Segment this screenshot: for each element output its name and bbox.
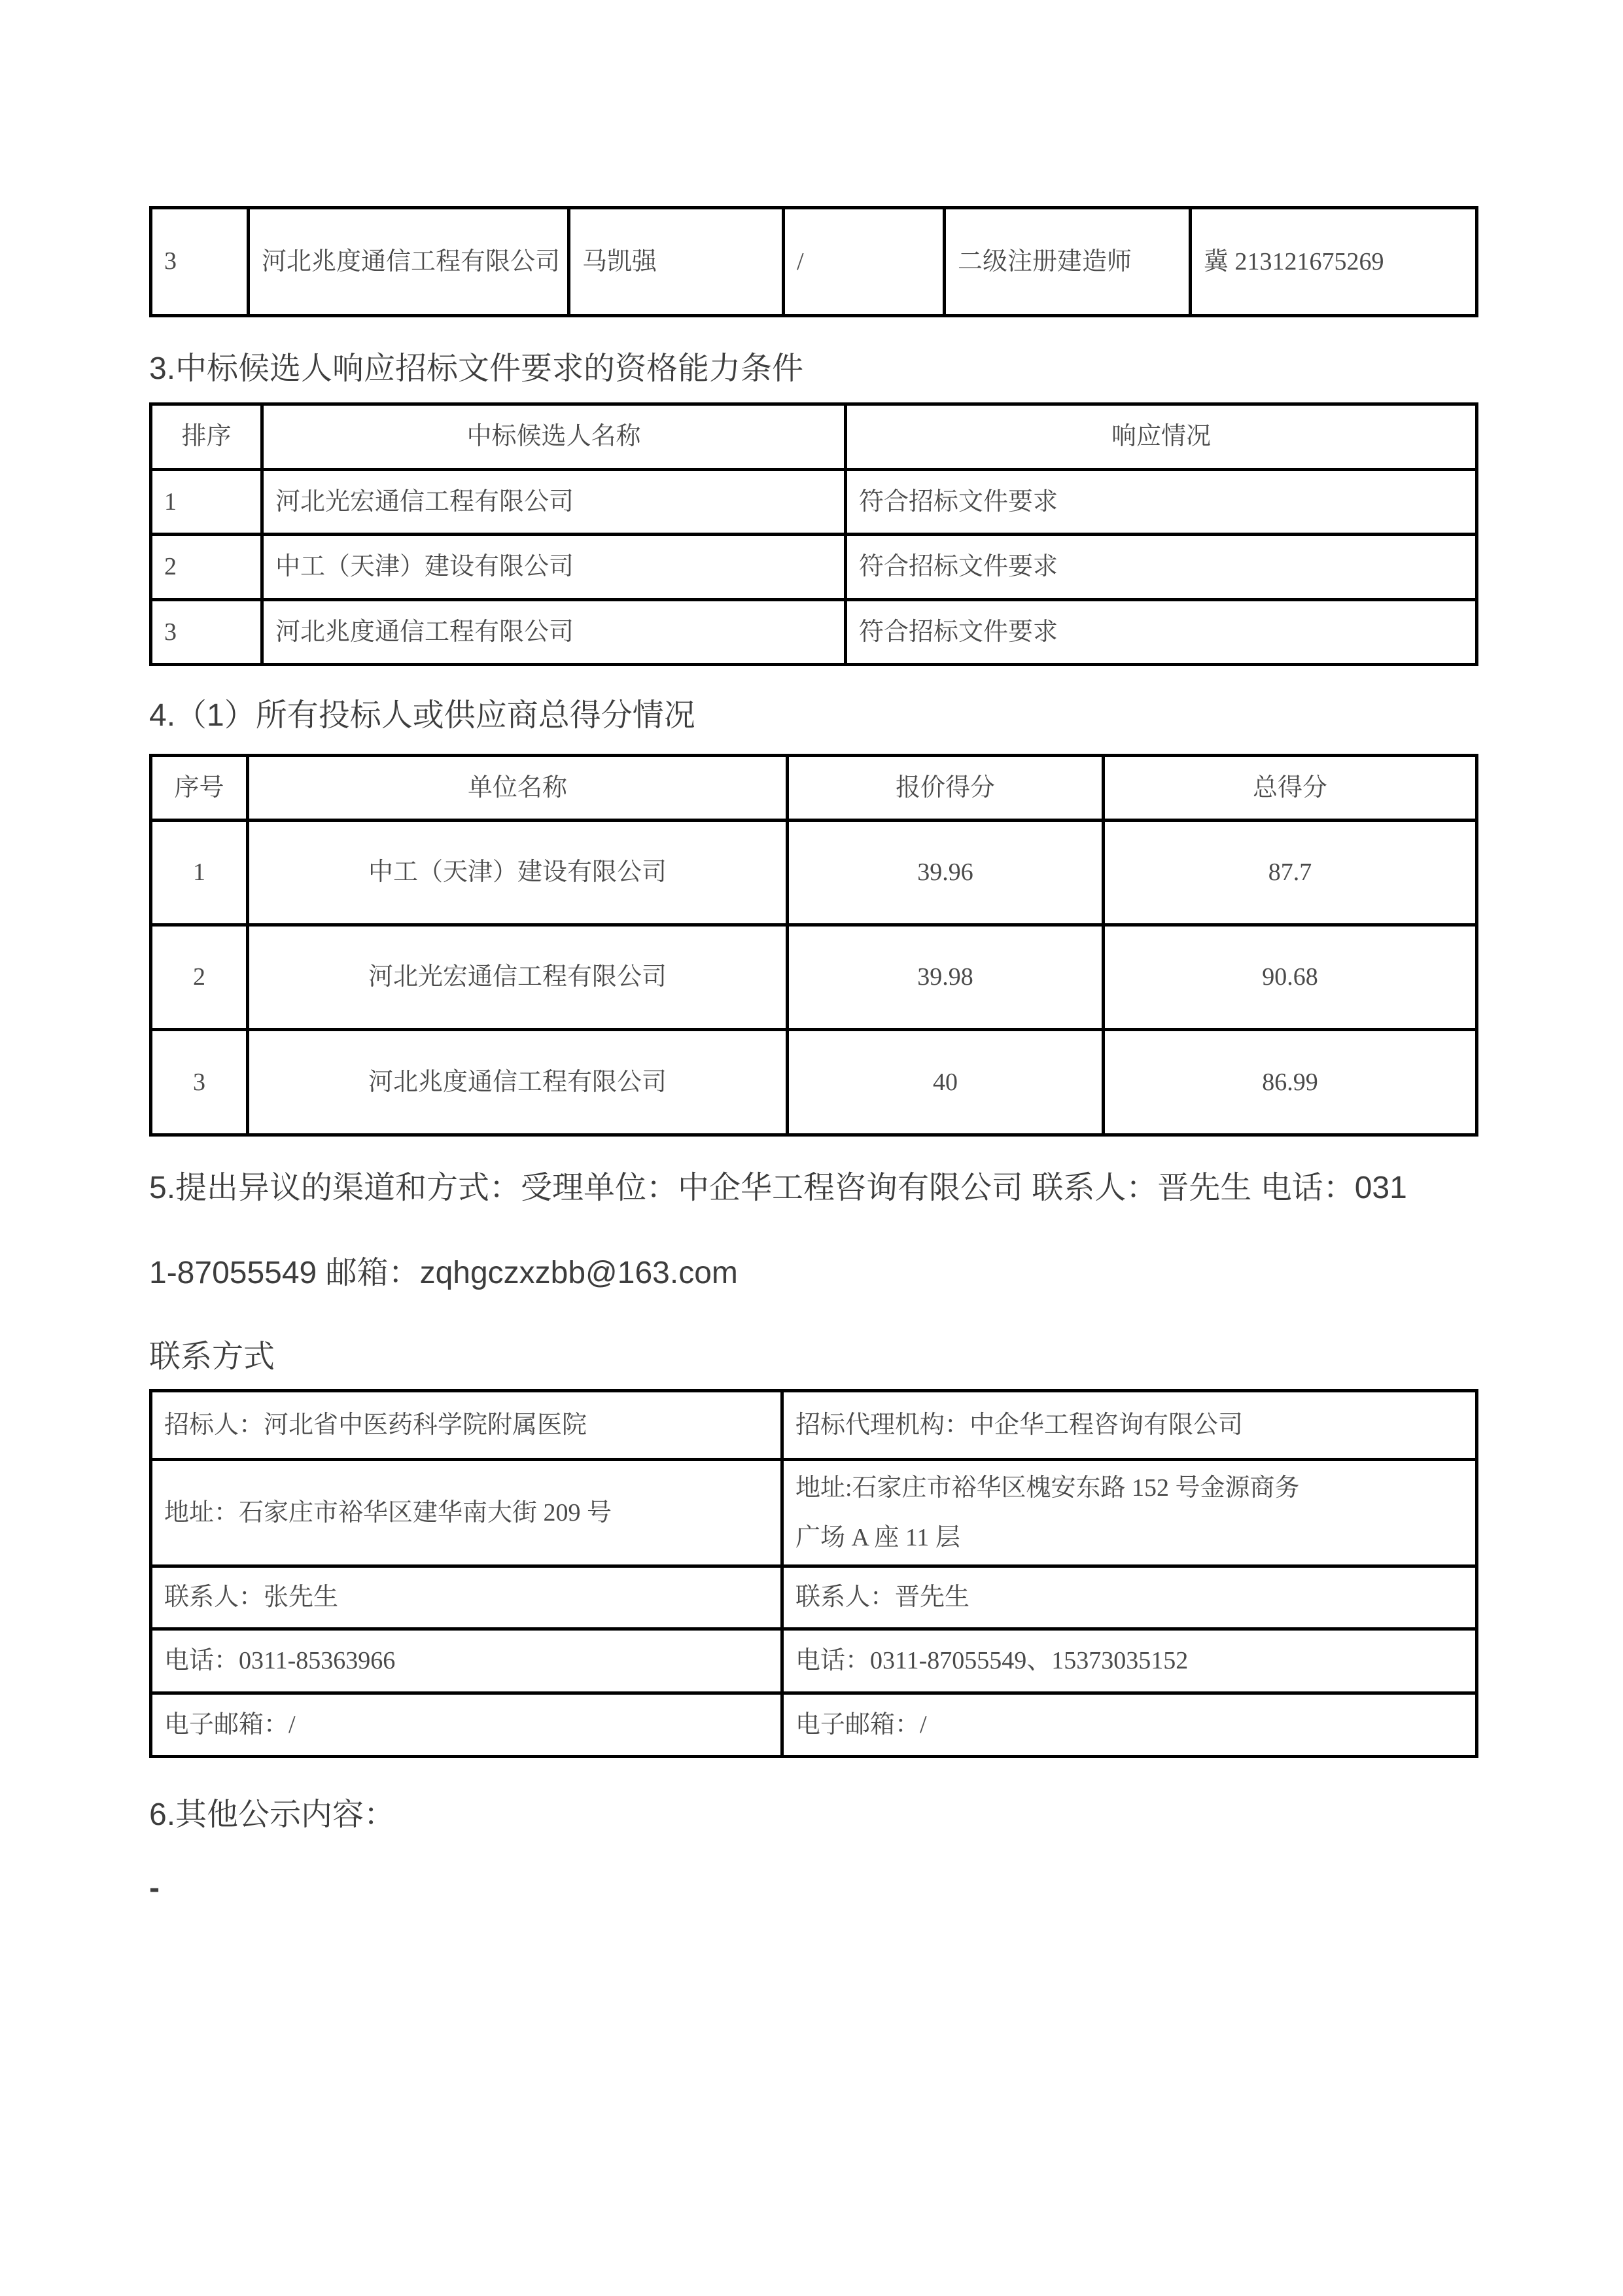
company-cell: 河北兆度通信工程有限公司 (249, 208, 569, 316)
rank-cell: 3 (151, 208, 249, 316)
qualification-cell: 二级注册建造师 (945, 208, 1191, 316)
response-cell: 符合招标文件要求 (846, 470, 1477, 535)
index-cell: 2 (151, 925, 248, 1030)
table-row: 1 中工（天津）建设有限公司 39.96 87.7 (151, 821, 1477, 925)
header-candidate-name: 中标候选人名称 (262, 404, 846, 470)
section3-title: 3.中标候选人响应招标文件要求的资格能力条件 (149, 343, 803, 388)
table-row: 电话：0311-85363966 电话：0311-87055549、153730… (151, 1629, 1477, 1693)
total-score-cell: 86.99 (1104, 1030, 1477, 1135)
agency-address-cell: 地址:石家庄市裕华区槐安东路 152 号金源商务 广场 A 座 11 层 (782, 1460, 1477, 1566)
agency-address-line1: 地址:石家庄市裕华区槐安东路 152 号金源商务 (795, 1463, 1475, 1513)
table-header-row: 序号 单位名称 报价得分 总得分 (151, 756, 1477, 821)
agency-email-cell: 电子邮箱：/ (782, 1693, 1477, 1757)
tenderer-email-cell: 电子邮箱：/ (151, 1693, 782, 1757)
section5-line2: 1-87055549 邮箱：zqhgczxzbb@163.com (149, 1247, 738, 1292)
section5-line1: 5.提出异议的渠道和方式：受理单位：中企华工程咨询有限公司 联系人：晋先生 电话… (149, 1162, 1407, 1207)
tenderer-cell: 招标人：河北省中医药科学院附属医院 (151, 1391, 782, 1460)
rank-cell: 1 (151, 470, 262, 535)
table-row: 3 河北兆度通信工程有限公司 符合招标文件要求 (151, 600, 1477, 665)
tenderer-phone-cell: 电话：0311-85363966 (151, 1629, 782, 1693)
price-score-cell: 40 (788, 1030, 1104, 1135)
table-row: 2 中工（天津）建设有限公司 符合招标文件要求 (151, 535, 1477, 600)
agency-cell: 招标代理机构：中企华工程咨询有限公司 (782, 1391, 1477, 1460)
section6-title: 6.其他公示内容： (149, 1789, 395, 1834)
response-cell: 符合招标文件要求 (846, 600, 1477, 665)
response-cell: 符合招标文件要求 (846, 535, 1477, 600)
unit-name-cell: 中工（天津）建设有限公司 (248, 821, 788, 925)
document-page: { "table1": { "rows": [ ["3", "河北兆度通信工程有… (0, 0, 1623, 2296)
certificate-cell: 冀 213121675269 (1191, 208, 1477, 316)
candidate-name-cell: 河北兆度通信工程有限公司 (262, 600, 846, 665)
person-cell: 马凯强 (569, 208, 784, 316)
rank-cell: 3 (151, 600, 262, 665)
section4-title: 4.（1）所有投标人或供应商总得分情况 (149, 690, 695, 735)
agency-address-line2: 广场 A 座 11 层 (795, 1513, 1475, 1563)
candidate-name-cell: 中工（天津）建设有限公司 (262, 535, 846, 600)
table-row: 3 河北兆度通信工程有限公司 马凯强 / 二级注册建造师 冀 213121675… (151, 208, 1477, 316)
index-cell: 1 (151, 821, 248, 925)
total-score-cell: 90.68 (1104, 925, 1477, 1030)
candidate-name-cell: 河北光宏通信工程有限公司 (262, 470, 846, 535)
candidate-detail-table: 3 河北兆度通信工程有限公司 马凯强 / 二级注册建造师 冀 213121675… (149, 206, 1478, 317)
index-cell: 3 (151, 1030, 248, 1135)
table-row: 2 河北光宏通信工程有限公司 39.98 90.68 (151, 925, 1477, 1030)
header-response: 响应情况 (846, 404, 1477, 470)
contact-title: 联系方式 (149, 1331, 275, 1376)
header-unit-name: 单位名称 (248, 756, 788, 821)
table-row: 电子邮箱：/ 电子邮箱：/ (151, 1693, 1477, 1757)
agency-phone-cell: 电话：0311-87055549、15373035152 (782, 1629, 1477, 1693)
header-price-score: 报价得分 (788, 756, 1104, 821)
header-rank: 排序 (151, 404, 262, 470)
table-row: 3 河北兆度通信工程有限公司 40 86.99 (151, 1030, 1477, 1135)
table-row: 招标人：河北省中医药科学院附属医院 招标代理机构：中企华工程咨询有限公司 (151, 1391, 1477, 1460)
table-row: 地址：石家庄市裕华区建华南大街 209 号 地址:石家庄市裕华区槐安东路 152… (151, 1460, 1477, 1566)
total-score-table: 序号 单位名称 报价得分 总得分 1 中工（天津）建设有限公司 39.96 87… (149, 754, 1478, 1137)
agency-contact-cell: 联系人：晋先生 (782, 1566, 1477, 1629)
contact-table: 招标人：河北省中医药科学院附属医院 招标代理机构：中企华工程咨询有限公司 地址：… (149, 1389, 1478, 1758)
trailing-dash: - (149, 1870, 160, 1906)
tenderer-address-cell: 地址：石家庄市裕华区建华南大街 209 号 (151, 1460, 782, 1566)
total-score-cell: 87.7 (1104, 821, 1477, 925)
header-index: 序号 (151, 756, 248, 821)
qualification-response-table: 排序 中标候选人名称 响应情况 1 河北光宏通信工程有限公司 符合招标文件要求 … (149, 402, 1478, 666)
table-row: 联系人：张先生 联系人：晋先生 (151, 1566, 1477, 1629)
rank-cell: 2 (151, 535, 262, 600)
unit-name-cell: 河北兆度通信工程有限公司 (248, 1030, 788, 1135)
price-score-cell: 39.96 (788, 821, 1104, 925)
table-header-row: 排序 中标候选人名称 响应情况 (151, 404, 1477, 470)
table-row: 1 河北光宏通信工程有限公司 符合招标文件要求 (151, 470, 1477, 535)
slash-cell: / (784, 208, 945, 316)
tenderer-contact-cell: 联系人：张先生 (151, 1566, 782, 1629)
header-total-score: 总得分 (1104, 756, 1477, 821)
price-score-cell: 39.98 (788, 925, 1104, 1030)
unit-name-cell: 河北光宏通信工程有限公司 (248, 925, 788, 1030)
